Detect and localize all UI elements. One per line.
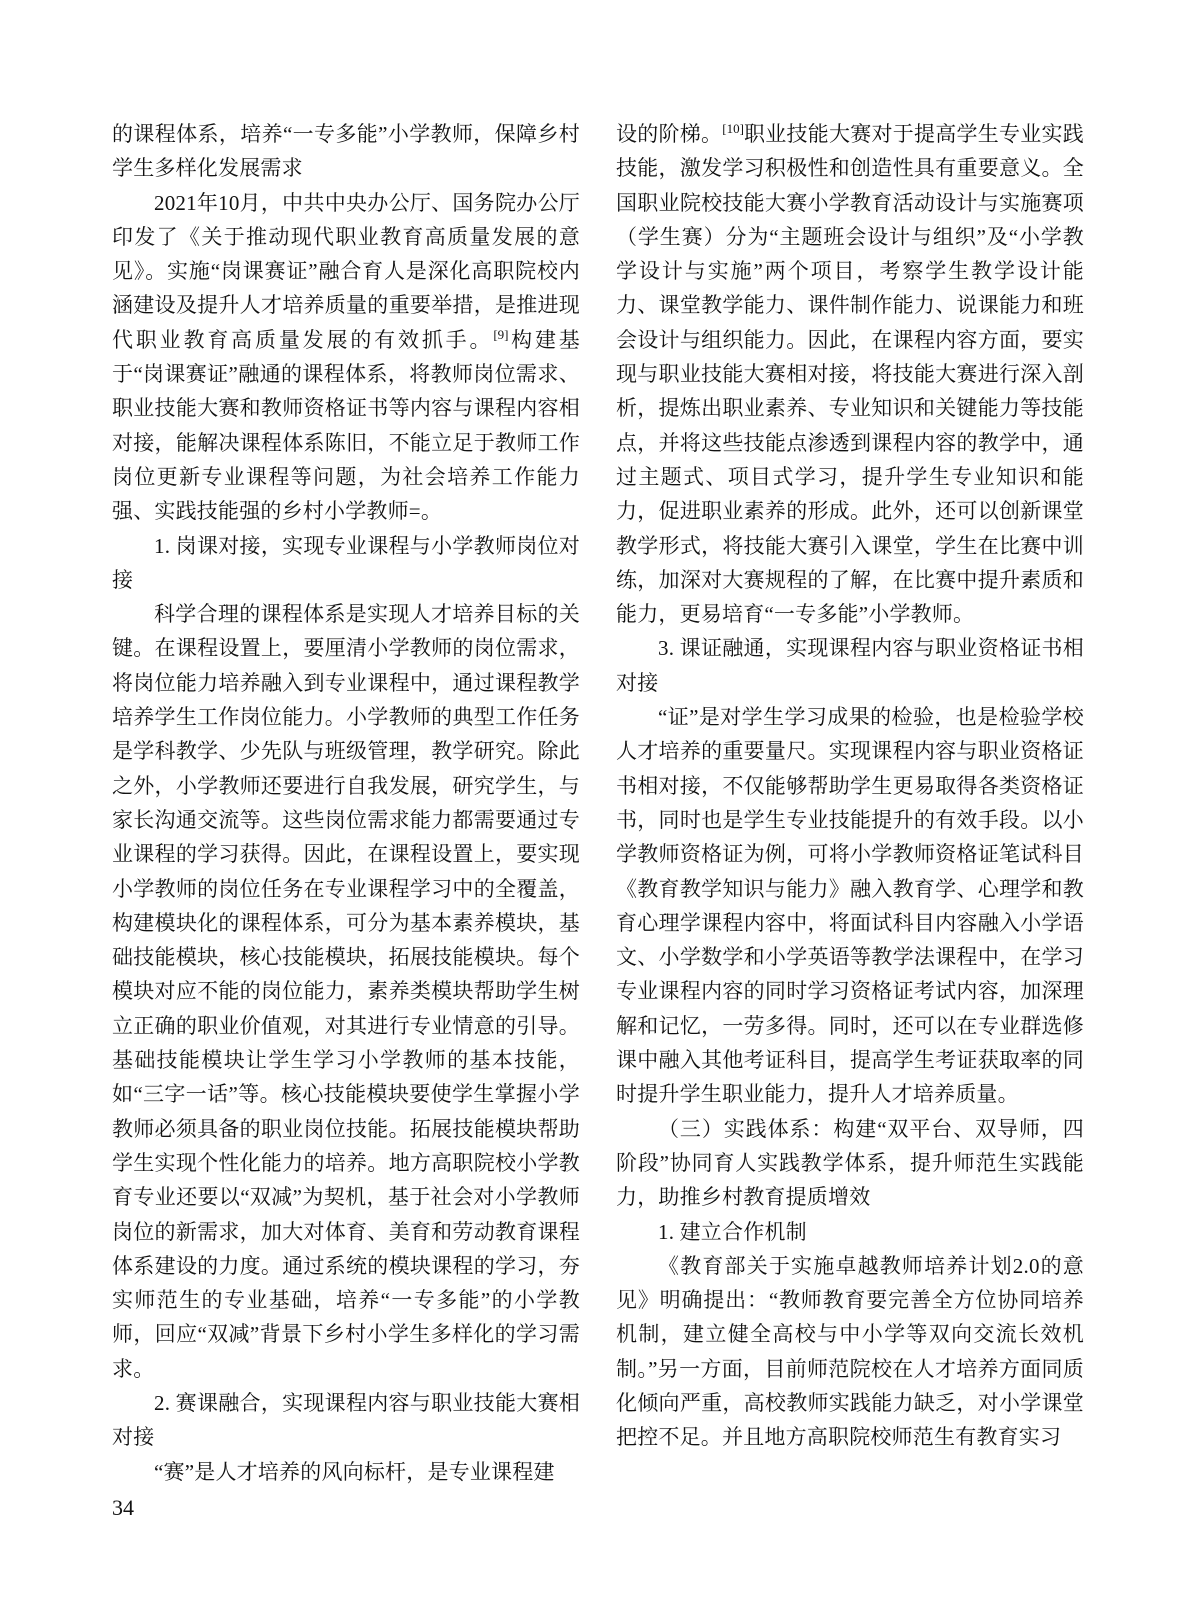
paragraph-mechanism1-body: 《教育部关于实施卓越教师培养计划2.0的意见》明确提出：“教师教育要完善全方位协…	[616, 1249, 1084, 1455]
page-number: 34	[112, 1495, 134, 1521]
paragraph-point2-cont-pre: 设的阶梯。	[616, 122, 722, 146]
paragraph-policy-text-post: 构建基于“岗课赛证”融通的课程体系，将教师岗位需求、职业技能大赛和教师资格证书等…	[112, 328, 580, 523]
subheading-section3: （三）实践体系：构建“双平台、双导师，四阶段”协同育人实践教学体系，提升师范生实…	[616, 1112, 1084, 1215]
citation-ref-9: [9]	[493, 327, 508, 342]
subheading-mechanism1: 1. 建立合作机制	[616, 1215, 1084, 1249]
paragraph-policy: 2021年10月，中共中央办公厅、国务院办公厅印发了《关于推动现代职业教育高质量…	[112, 186, 580, 529]
paragraph-point2-cont-post: 职业技能大赛对于提高学生专业实践技能，激发学习积极性和创造性具有重要意义。全国职…	[616, 122, 1084, 626]
paragraph-continuation-heading-tail: 的课程体系，培养“一专多能”小学教师，保障乡村学生多样化发展需求	[112, 117, 580, 186]
subheading-point2: 2. 赛课融合，实现课程内容与职业技能大赛相对接	[112, 1386, 580, 1455]
citation-ref-10: [10]	[722, 121, 744, 136]
right-column: 设的阶梯。[10]职业技能大赛对于提高学生专业实践技能，激发学习积极性和创造性具…	[616, 117, 1084, 1455]
paragraph-point1-body: 科学合理的课程体系是实现人才培养目标的关键。在课程设置上，要厘清小学教师的岗位需…	[112, 597, 580, 1386]
left-column: 的课程体系，培养“一专多能”小学教师，保障乡村学生多样化发展需求 2021年10…	[112, 117, 580, 1489]
subheading-point1: 1. 岗课对接，实现专业课程与小学教师岗位对接	[112, 529, 580, 598]
paragraph-point2-continuation: 设的阶梯。[10]职业技能大赛对于提高学生专业实践技能，激发学习积极性和创造性具…	[616, 117, 1084, 631]
subheading-point3: 3. 课证融通，实现课程内容与职业资格证书相对接	[616, 631, 1084, 700]
paragraph-point2-lead: “赛”是人才培养的风向标杆，是专业课程建	[112, 1455, 580, 1489]
paper-page: 的课程体系，培养“一专多能”小学教师，保障乡村学生多样化发展需求 2021年10…	[0, 0, 1191, 1616]
paragraph-point3-body: “证”是对学生学习成果的检验，也是检验学校人才培养的重要量尺。实现课程内容与职业…	[616, 700, 1084, 1112]
